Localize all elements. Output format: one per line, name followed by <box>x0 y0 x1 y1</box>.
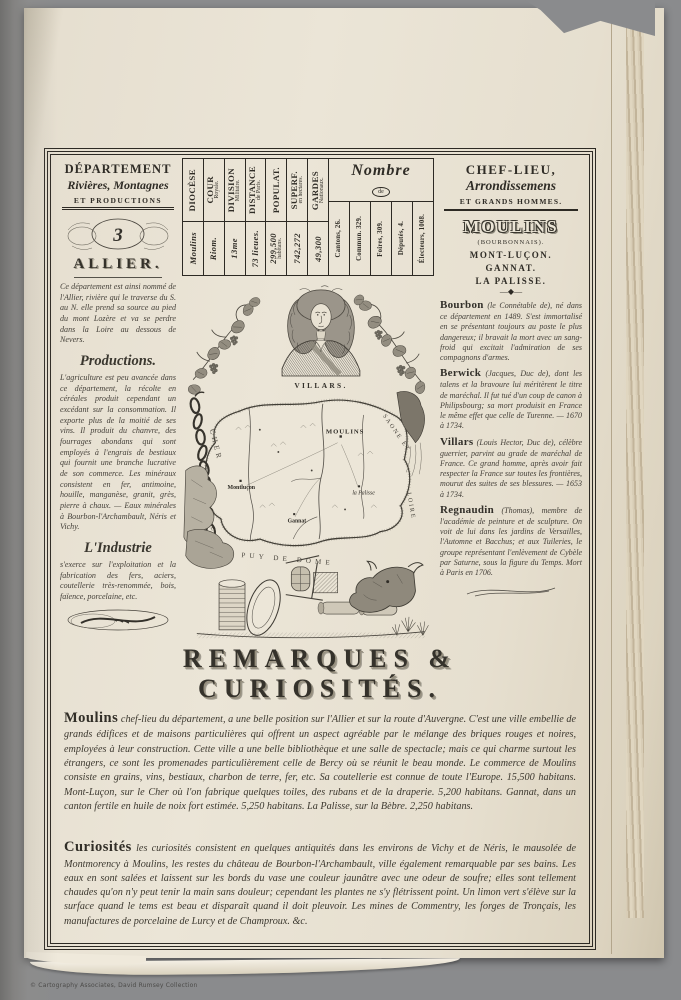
statistics-band: DIOCÈSE Moulins COURRoyale. Riom. DIVISI… <box>182 158 434 276</box>
remarques-row: REMARQUES & CURIOSITÉS. <box>56 644 584 704</box>
stat-distance-paris: DISTANCEde Paris. 73 lieues. <box>246 159 267 275</box>
map-label-moulins: MOULINS <box>326 428 364 435</box>
arrondissemens-label: Arrondissemens <box>440 178 582 194</box>
department-intro: Ce département est ainsi nommé de l'Alli… <box>60 282 176 346</box>
paragraph-lead: Curiosités <box>64 839 132 855</box>
productions-heading: Productions. <box>60 353 176 370</box>
stat-diocese: DIOCÈSE Moulins <box>183 159 204 275</box>
grapevine-left <box>187 296 261 397</box>
stat-value: 742,272 <box>293 233 302 264</box>
book-page: DÉPARTEMENT Rivières, Montagnes ET PRODU… <box>24 8 664 958</box>
department-number-ornament: 3 <box>60 214 176 254</box>
industrie-heading: L'Industrie <box>60 540 176 557</box>
plate-core: DÉPARTEMENT Rivières, Montagnes ET PRODU… <box>50 154 590 944</box>
grand-homme-villars: Villars (Louis Hector, Duc de), célèbre … <box>440 435 582 500</box>
stat-division-militaire: DIVISIONMilitaire. 13me <box>225 159 246 275</box>
stat-population: POPULAT. 299,500habitans. <box>266 159 287 275</box>
stat-gardes-nationaux: GARDESNationaux. 49,300 <box>308 159 329 275</box>
ornament-svg: 3 <box>62 214 174 254</box>
map-label-montlucon: Montluçon <box>228 485 256 491</box>
stat-sublabel: de Paris. <box>257 166 263 214</box>
flourish-ornament <box>60 607 176 638</box>
stat-label: DIOCÈSE <box>188 169 197 211</box>
grands-hommes-label: ET GRANDS HOMMES. <box>440 197 582 206</box>
stat-value: 13me <box>230 238 239 259</box>
flourish-ornament <box>440 582 582 605</box>
grapevine-right <box>353 294 428 395</box>
homme-name: Regnaudin <box>440 504 494 516</box>
paragraph-lead: Moulins <box>64 710 118 726</box>
nombre-communes: Commun. 329. <box>350 202 371 275</box>
town-mont-lucon: MONT-LUÇON. <box>440 250 582 260</box>
rule <box>444 209 578 211</box>
productions-text: L'agriculture est peu avancée dans ce dé… <box>60 373 176 533</box>
town-gannat: GANNAT. <box>440 263 582 273</box>
map-label-puy-de-dome: PUY DE DOME <box>241 551 334 567</box>
stat-superficie: SUPERF.en hectares. 742,272 <box>287 159 308 275</box>
map-label-la-palisse: la Palisse <box>352 491 375 497</box>
remarques-paragraph-moulins: Moulins chef-lieu du département, a une … <box>56 706 584 815</box>
chef-lieu-title: CHEF-LIEU, <box>440 162 582 178</box>
departement-title: DÉPARTEMENT <box>60 162 176 177</box>
engraved-vignette: VILLARS. <box>182 276 434 652</box>
stat-value: 73 lieues. <box>251 230 260 267</box>
homme-name: Berwick <box>440 367 481 379</box>
rule <box>62 207 174 210</box>
map-label-loire: LOIRE <box>405 492 416 520</box>
stat-value: 49,300 <box>314 236 323 262</box>
portrait-caption: VILLARS. <box>294 381 347 390</box>
paragraph-text: les curiosités consistent en quelques an… <box>64 843 576 926</box>
stat-value-sub: habitans. <box>278 233 284 264</box>
town-la-palisse: LA PALISSE. <box>440 276 582 286</box>
department-name: ALLIER. <box>60 256 176 273</box>
rivieres-montagnes-label: Rivières, Montagnes <box>60 178 176 193</box>
nombre-value: Députés, 4. <box>399 221 406 255</box>
stat-label: POPULAT. <box>272 167 281 213</box>
stat-sublabel: Militaire. <box>236 168 242 212</box>
stat-value: Riom. <box>209 237 218 260</box>
plate-layout: DÉPARTEMENT Rivières, Montagnes ET PRODU… <box>56 158 584 940</box>
nombre-value: Commun. 329. <box>357 216 364 261</box>
nombre-de-cartouche: Nombre de <box>329 159 433 202</box>
remarques-title: REMARQUES & CURIOSITÉS. <box>183 644 457 703</box>
chef-lieu-city: MOULINS <box>440 217 582 237</box>
nombre-columns: Cantons, 26. Commun. 329. Foires, 309. D… <box>329 202 433 275</box>
plate-frame: DÉPARTEMENT Rivières, Montagnes ET PRODU… <box>47 151 593 947</box>
stat-sublabel: en hectares. <box>299 171 305 209</box>
still-life <box>197 556 429 640</box>
binding-gutter-shadow <box>0 0 58 1000</box>
collection-credit: © Cartography Associates, David Rumsey C… <box>30 982 197 989</box>
homme-name: Bourbon <box>440 299 484 311</box>
nombre-cantons: Cantons, 26. <box>329 202 350 275</box>
chef-lieu-region: (BOURBONNAIS). <box>440 239 582 246</box>
grand-homme-regnaudin: Regnaudin (Thomas), membre de l'académie… <box>440 503 582 578</box>
grand-homme-berwick: Berwick (Jacques, Duc de), dont les tale… <box>440 366 582 431</box>
map-label-gannat: Gannat <box>288 518 307 524</box>
de-label: de <box>372 187 390 197</box>
printed-plate: DÉPARTEMENT Rivières, Montagnes ET PRODU… <box>44 148 596 950</box>
allier-map: MOULINS Montluçon Gannat la Palisse CHER… <box>195 400 416 567</box>
nombre-foires: Foires, 309. <box>371 202 392 275</box>
page-fore-edge-inner <box>626 10 644 918</box>
nombre-de-block: Nombre de Cantons, 26. Commun. 329. Foir… <box>329 159 433 275</box>
department-number: 3 <box>112 225 123 246</box>
homme-name: Villars <box>440 436 473 448</box>
right-column: CHEF-LIEU, Arrondissemens ET GRANDS HOMM… <box>434 158 584 652</box>
industrie-text: s'exerce sur l'exploitation et la fabric… <box>60 560 176 603</box>
et-productions-label: ET PRODUCTIONS <box>60 196 176 205</box>
rule <box>74 277 162 278</box>
nombre-value: Électeurs, 1008. <box>420 214 427 263</box>
vignette-svg: VILLARS. <box>182 276 434 652</box>
stat-cour-royale: COURRoyale. Riom. <box>204 159 225 275</box>
stat-sublabel: Nationaux. <box>320 171 326 210</box>
villars-portrait <box>282 286 360 376</box>
grand-homme-bourbon: Bourbon (le Connétable de), né dans ce d… <box>440 298 582 363</box>
nombre-value: Foires, 309. <box>378 221 385 257</box>
divider-ornament: —◆— <box>440 289 582 295</box>
remarques-paragraph-curiosites: Curiosités les curiosités consistent en … <box>56 835 584 929</box>
stat-sublabel: Royale. <box>215 176 221 204</box>
nombre-electeurs: Électeurs, 1008. <box>413 202 433 275</box>
homme-bio: (Thomas), membre de l'académie de peintu… <box>440 506 582 577</box>
scanned-atlas-page: DÉPARTEMENT Rivières, Montagnes ET PRODU… <box>0 0 681 1000</box>
left-column: DÉPARTEMENT Rivières, Montagnes ET PRODU… <box>56 158 182 652</box>
nombre-value: Cantons, 26. <box>336 219 343 257</box>
paragraph-text: chef-lieu du département, a une belle po… <box>64 714 576 812</box>
nombre-label: Nombre <box>329 162 433 180</box>
stat-value: Moulins <box>189 232 198 264</box>
nombre-deputes: Députés, 4. <box>392 202 413 275</box>
